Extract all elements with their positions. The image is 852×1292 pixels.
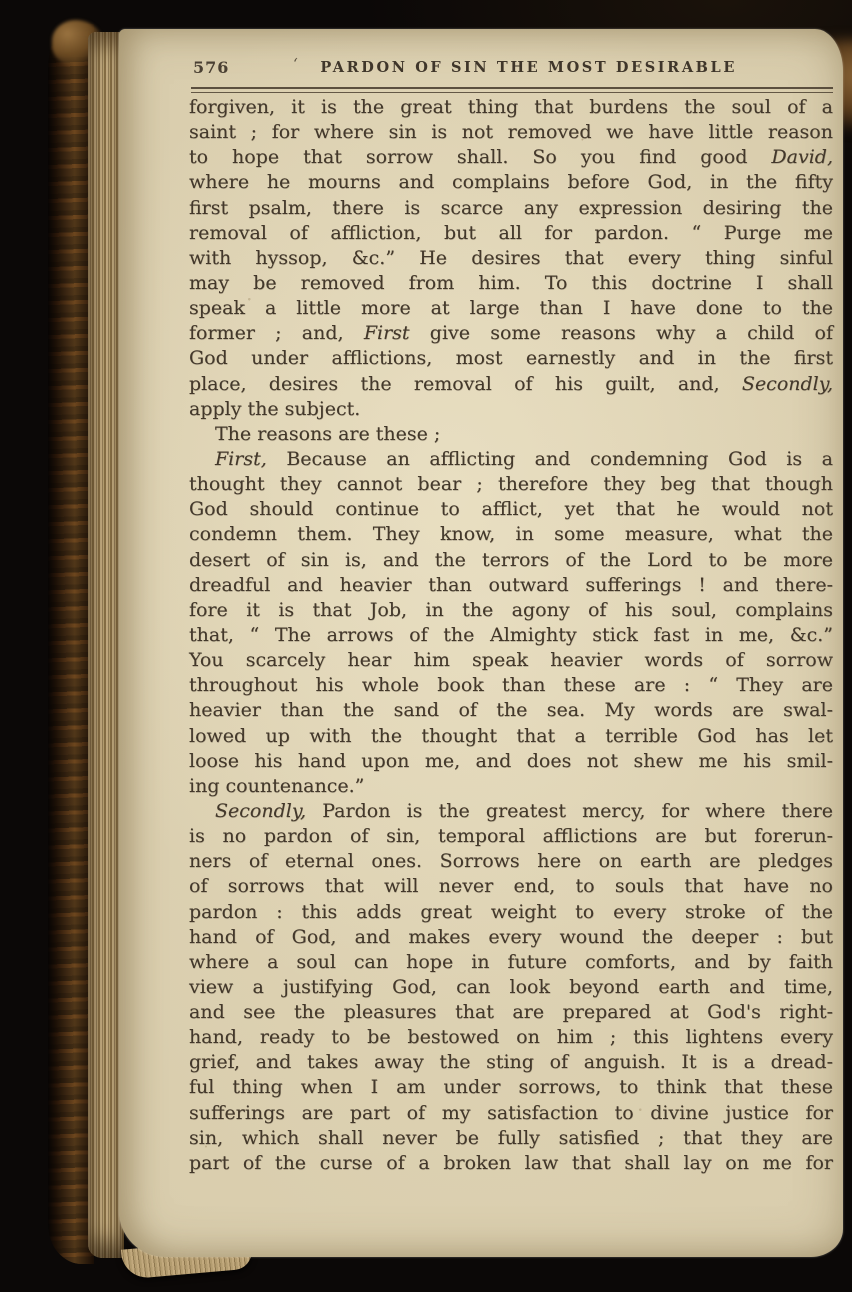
text-line: where he mourns and complains before God… [189,170,833,195]
text-line: condemn them. They know, in some measure… [189,522,833,547]
text-line: of sorrows that will never end, to souls… [189,874,833,899]
text-line: hand, ready to be bestowed on him ; this… [189,1025,833,1050]
book-page: 576 ‘ PARDON OF SIN THE MOST DESIRABLE f… [119,29,843,1257]
page-number: 576 [193,58,229,77]
text-line: former ; and, First give some reasons wh… [189,321,833,346]
text-line: desert of sin is, and the terrors of the… [189,548,833,573]
text-line: sufferings are part of my satisfaction t… [189,1101,833,1126]
text-line: pardon : this adds great weight to every… [189,900,833,925]
text-line: hand of God, and makes every wound the d… [189,925,833,950]
text-line: The reasons are these ; [189,422,833,447]
text-line: ing countenance.” [189,774,833,799]
text-line: God under afflictions, most earnestly an… [189,346,833,371]
text-line: sin, which shall never be fully satisfie… [189,1126,833,1151]
printers-mark: ‘ [293,55,298,73]
text-line: ners of eternal ones. Sorrows here on ea… [189,849,833,874]
text-line: throughout his whole book than these are… [189,673,833,698]
text-line: dreadful and heavier than outward suffer… [189,573,833,598]
text-line: apply the subject. [189,397,833,422]
text-line: and see the pleasures that are prepared … [189,1000,833,1025]
text-line: removal of affliction, but all for pardo… [189,221,833,246]
text-line: place, desires the removal of his guilt,… [189,372,833,397]
text-line: view a justifying God, can look beyond e… [189,975,833,1000]
text-line: Secondly, Pardon is the greatest mercy, … [189,799,833,824]
text-line: to hope that sorrow shall. So you find g… [189,145,833,170]
running-header: 576 ‘ PARDON OF SIN THE MOST DESIRABLE [189,55,835,81]
text-line: where a soul can hope in future comforts… [189,950,833,975]
text-line: First, Because an afflicting and condemn… [189,447,833,472]
text-line: saint ; for where sin is not removed we … [189,120,833,145]
text-line: forgiven, it is the great thing that bur… [189,95,833,120]
text-line: fore it is that Job, in the agony of his… [189,598,833,623]
text-line: lowed up with the thought that a terribl… [189,724,833,749]
text-line: may be removed from him. To this doctrin… [189,271,833,296]
text-line: thought they cannot bear ; therefore the… [189,472,833,497]
text-line: heavier than the sand of the sea. My wor… [189,698,833,723]
text-line: grief, and takes away the sting of angui… [189,1050,833,1075]
header-rule [191,87,833,93]
text-line: speak a little more at large than I have… [189,296,833,321]
text-line: first psalm, there is scarce any express… [189,196,833,221]
book-photo: 576 ‘ PARDON OF SIN THE MOST DESIRABLE f… [0,0,852,1292]
text-line: is no pardon of sin, temporal affliction… [189,824,833,849]
text-line: You scarcely hear him speak heavier word… [189,648,833,673]
text-line: part of the curse of a broken law that s… [189,1151,833,1176]
text-block: forgiven, it is the great thing that bur… [189,95,833,1176]
text-line: loose his hand upon me, and does not she… [189,749,833,774]
running-title: PARDON OF SIN THE MOST DESIRABLE [320,59,737,76]
text-line: that, “ The arrows of the Almighty stick… [189,623,833,648]
text-line: with hyssop, &c.” He desires that every … [189,246,833,271]
text-line: ful thing when I am under sorrows, to th… [189,1075,833,1100]
text-line: God should continue to afflict, yet that… [189,497,833,522]
